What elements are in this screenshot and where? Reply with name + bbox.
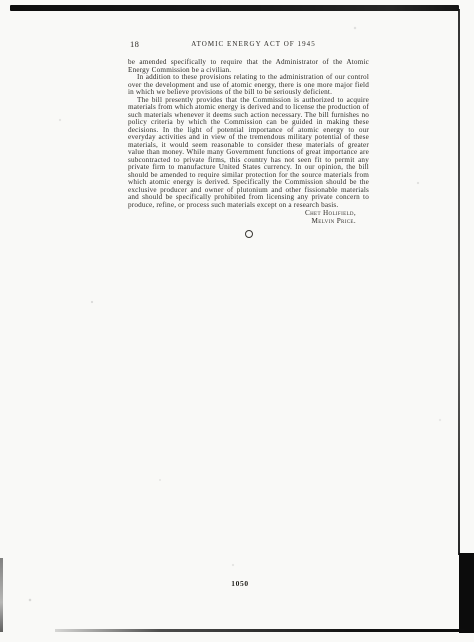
body-paragraph: In addition to these provisions relating…	[128, 74, 369, 97]
running-title: ATOMIC ENERGY ACT OF 1945	[128, 40, 369, 48]
body-paragraph: be amended specifically to require that …	[128, 59, 369, 74]
right-edge-scan-line	[458, 9, 460, 555]
page-header: 18 ATOMIC ENERGY ACT OF 1945	[128, 40, 369, 51]
scanned-page: 18 ATOMIC ENERGY ACT OF 1945 be amended …	[0, 0, 474, 642]
folio-page-number: 1050	[0, 579, 474, 588]
body-paragraph: The bill presently provides that the Com…	[128, 97, 369, 210]
body-text: be amended specifically to require that …	[128, 59, 369, 209]
end-ornament-circle	[245, 230, 253, 238]
left-edge-scan-mark	[0, 558, 3, 632]
page-content: 18 ATOMIC ENERGY ACT OF 1945 be amended …	[128, 40, 369, 238]
bottom-right-edge-scan-bar	[459, 553, 474, 633]
page-number: 18	[130, 39, 139, 49]
bottom-edge-scan-line	[55, 629, 474, 632]
top-edge-scan-bar	[10, 5, 459, 11]
signature-name: Melvin Price.	[128, 218, 356, 226]
signature-block: Chet Holifield, Melvin Price.	[128, 210, 369, 225]
